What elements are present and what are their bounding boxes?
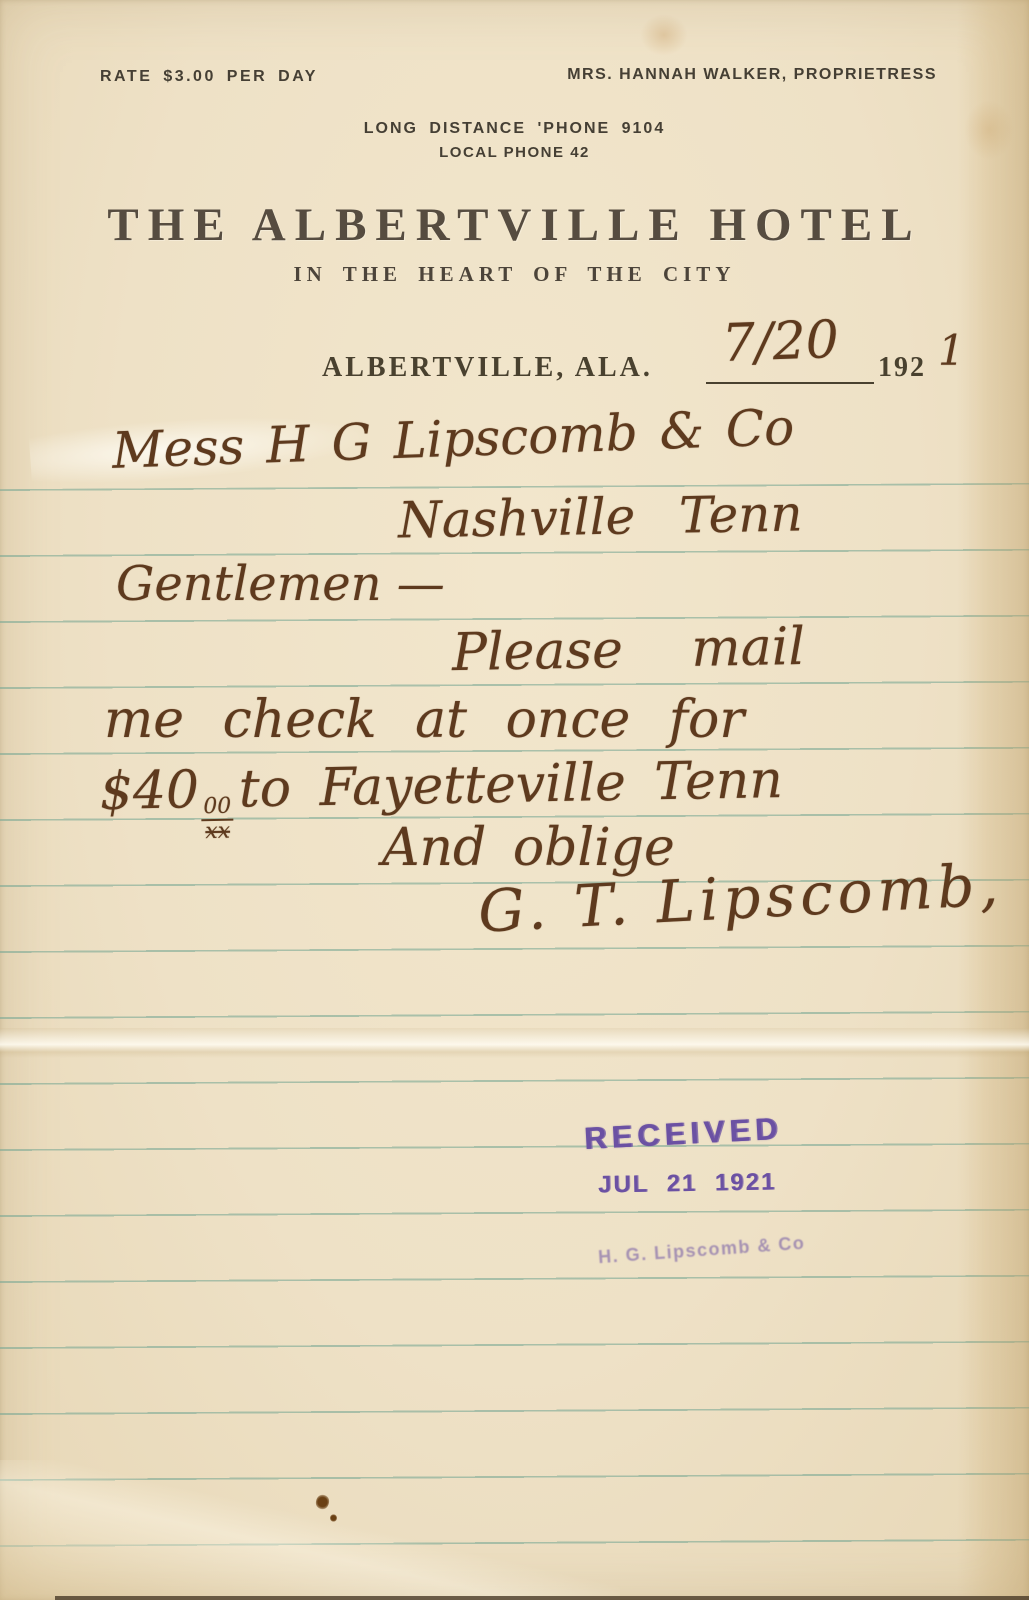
stamp-date-text: JUL 21 1921 — [598, 1168, 777, 1199]
local-phone-line: LOCAL PHONE 42 — [0, 144, 1029, 161]
dateline-city: ALBERTVILLE, ALA. — [322, 352, 653, 384]
cents-fraction: 00xx — [201, 796, 234, 844]
horizontal-fold-crease — [0, 1028, 1029, 1058]
recipient-line: Mess H G Lipscomb & Co — [111, 398, 795, 480]
hotel-name: THE ALBERTVILLE HOTEL — [0, 198, 1029, 252]
printed-year: 192 — [878, 352, 926, 384]
body-line-1: Please mail — [452, 617, 806, 683]
amount-figure: $40 — [99, 760, 199, 822]
hotel-tagline: IN THE HEART OF THE CITY — [0, 262, 1029, 287]
handwritten-date: 7/20 — [721, 310, 840, 374]
body-line-3-rest: to Fayetteville Tenn — [238, 750, 783, 819]
stamp-received-text: RECEIVED — [583, 1111, 783, 1157]
bottom-paper-edge — [55, 1596, 1029, 1600]
body-line-2: me check at once for — [104, 690, 744, 750]
ink-spot — [330, 1514, 337, 1522]
cents-top: 00 — [201, 796, 233, 821]
stamp-company-text: H. G. Lipscomb & Co — [598, 1233, 806, 1268]
salutation-line: Gentlemen — — [116, 556, 445, 612]
letter-page: RATE $3.00 PER DAY MRS. HANNAH WALKER, P… — [0, 0, 1029, 1600]
recipient-city-line: Nashville Tenn — [398, 484, 804, 549]
handwritten-year-digit: 1 — [938, 326, 965, 375]
top-stain — [640, 14, 688, 56]
rate-line: RATE $3.00 PER DAY — [100, 68, 318, 86]
proprietress-line: MRS. HANNAH WALKER, PROPRIETRESS — [567, 66, 937, 84]
cents-bottom-crossed: xx — [202, 821, 234, 844]
long-distance-phone-line: LONG DISTANCE 'PHONE 9104 — [0, 120, 1029, 138]
bottom-left-corner-fold — [0, 1460, 620, 1600]
